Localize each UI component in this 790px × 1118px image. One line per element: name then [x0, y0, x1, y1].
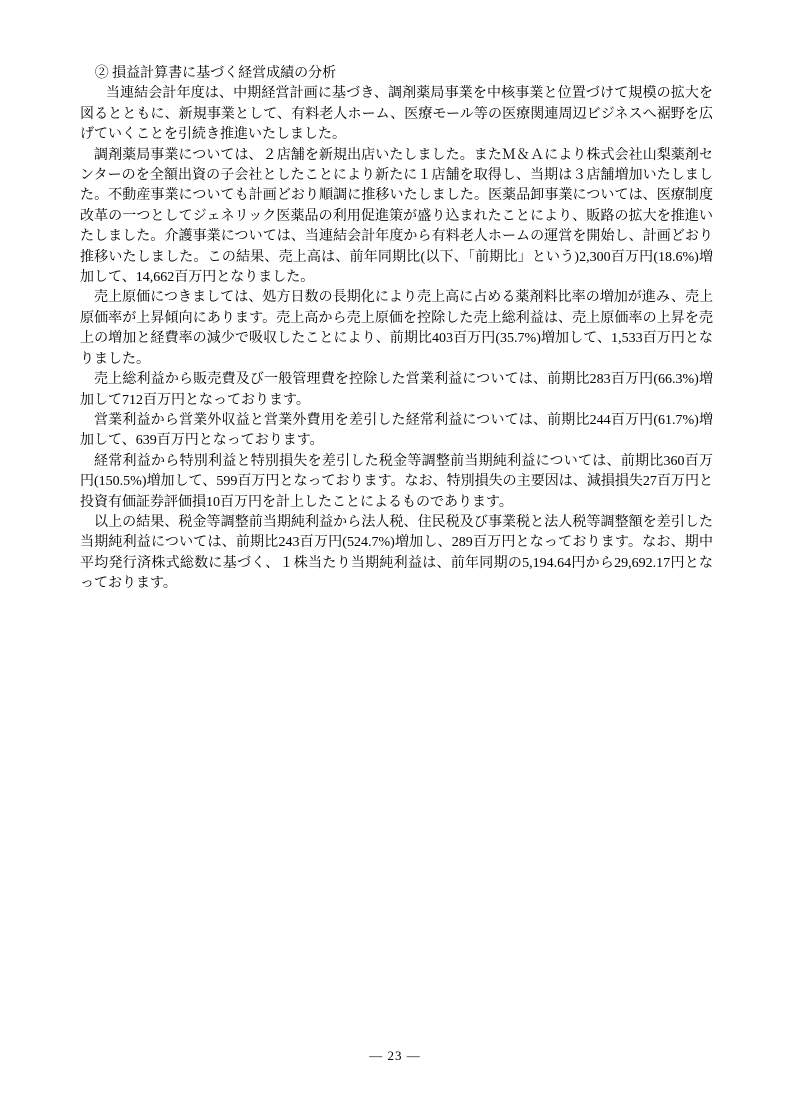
paragraph-business-overview: 当連結会計年度は、中期経営計画に基づき、調剤薬局事業を中核事業と位置づけて規模の…: [80, 84, 713, 145]
paragraph-pretax-income: 経常利益から特別利益と特別損失を差引した税金等調整前当期純利益については、前期比…: [80, 452, 713, 513]
analysis-section: ② 損益計算書に基づく経営成績の分析 当連結会計年度は、中期経営計画に基づき、調…: [80, 64, 713, 595]
paragraph-operating-income: 売上総利益から販売費及び一般管理費を控除した営業利益については、前期比283百万…: [80, 370, 713, 411]
paragraph-segment-results: 調剤薬局事業については、２店舗を新規出店いたしました。またＭ＆Ａにより株式会社山…: [80, 146, 713, 289]
paragraph-net-income: 以上の結果、税金等調整前当期純利益から法人税、住民税及び事業税と法人税等調整額を…: [80, 513, 713, 595]
section-heading: ② 損益計算書に基づく経営成績の分析: [80, 64, 713, 84]
paragraph-ordinary-income: 営業利益から営業外収益と営業外費用を差引した経常利益については、前期比244百万…: [80, 411, 713, 452]
page-number: ― 23 ―: [0, 1048, 790, 1064]
paragraph-cost-of-sales: 売上原価につきましては、処方日数の長期化により売上高に占める薬剤料比率の増加が進…: [80, 288, 713, 370]
document-page: ② 損益計算書に基づく経営成績の分析 当連結会計年度は、中期経営計画に基づき、調…: [0, 0, 790, 1118]
